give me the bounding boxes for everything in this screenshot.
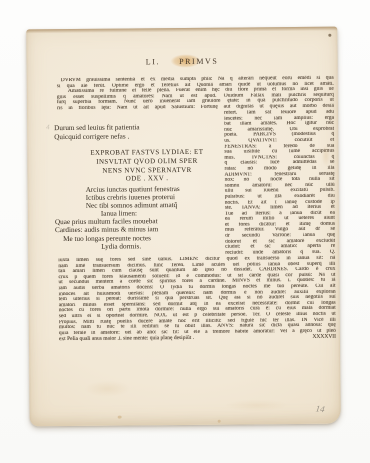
foxing-patch [321, 145, 330, 167]
quire-signature: XXXXVII [312, 335, 336, 341]
durum-line: Quicquid corrigere nefas . [54, 132, 239, 143]
running-header-book: LI. [146, 57, 160, 66]
commentary-last-line: ext Pelia quali anus maior .i. sine ment… [59, 335, 336, 343]
ink-speck [328, 34, 331, 37]
foxing-spot [218, 420, 221, 423]
commentary-tail-text: ext Pelia quali anus maior .i. sine ment… [59, 336, 194, 343]
pencil-folio-number: 14 [315, 403, 325, 414]
intro-commentary-block: DVRVM grauissima sententia et ex media s… [57, 76, 334, 112]
book-page: LI. PRIMVS DVRVM grauissima sententia et… [26, 27, 340, 427]
ode-heading: EXPROBAT FASTVS LYDIAE: ET INSVLTAT QVOD… [54, 148, 239, 185]
running-header: LI. PRIMVS [27, 56, 338, 68]
running-header-title: PRIMVS [179, 57, 218, 66]
gloss-column: refert. Iam sat leuiore apud adulescẽtes… [224, 110, 335, 256]
pencil-margin-mark: 4 [46, 123, 50, 131]
foxing-patch [84, 380, 130, 396]
foxing-patch [225, 399, 289, 412]
durum-quote: Durum sed leuius fit patientia Quicquid … [54, 123, 239, 143]
poem-line: Lydia dormis. [55, 241, 240, 251]
foxing-spot [118, 416, 122, 419]
ode-heading-line: ODE . XXV . [55, 174, 240, 184]
ink-speck [251, 274, 253, 276]
bottom-commentary-block: iuxta limen suę fores sed sine ualuis. L… [58, 256, 336, 337]
poem-ode-25: Arcius iunctas quatiunt fenestras Ictibu… [55, 185, 241, 251]
